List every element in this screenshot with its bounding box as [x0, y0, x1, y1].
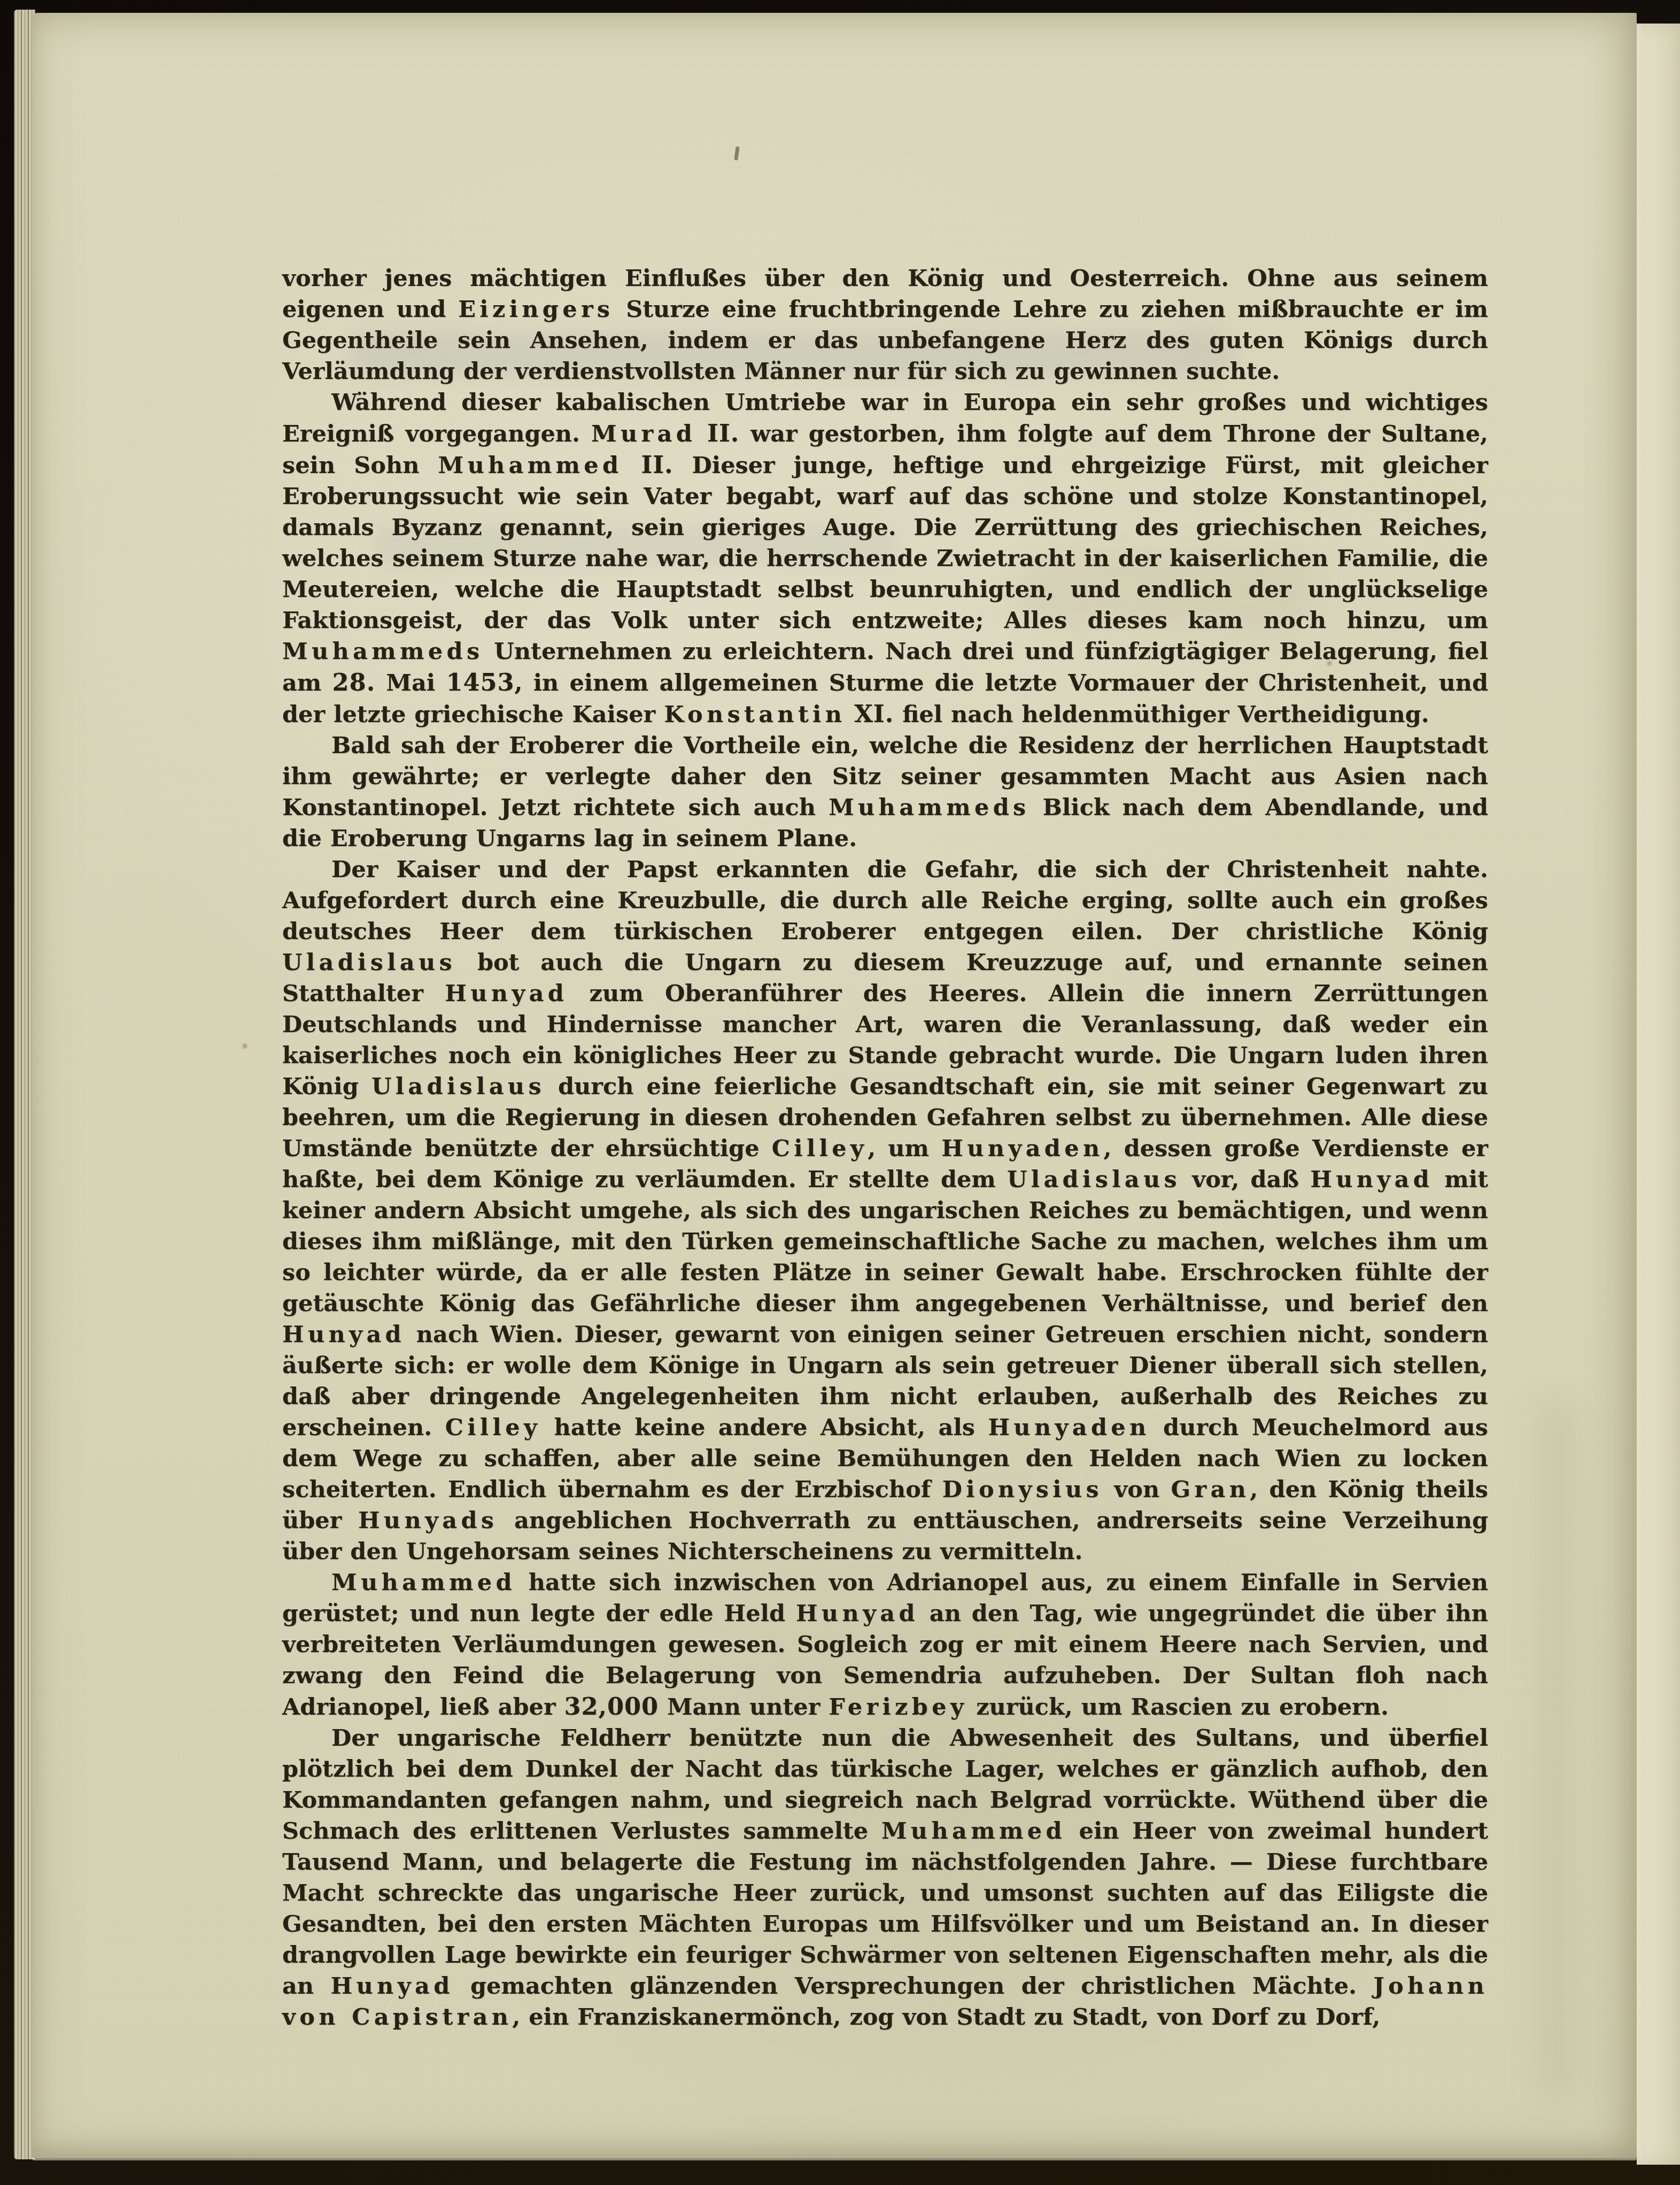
- letterspaced-name: Hunyad: [282, 1321, 405, 1348]
- letterspaced-name: Hunyad: [445, 980, 568, 1007]
- paragraph-2: Während dieser kabalischen Umtriebe war …: [282, 387, 1488, 730]
- letterspaced-name: Dionysius: [942, 1476, 1103, 1503]
- letterspaced-name: Johann von Capistran: [282, 1973, 1488, 2031]
- letterspaced-name: Hunyad: [1310, 1166, 1433, 1193]
- letterspaced-name: Ferizbey: [829, 1694, 967, 1721]
- adjacent-page-sliver: [1637, 24, 1680, 2165]
- letterspaced-name: Hunyaden: [941, 1135, 1103, 1162]
- paragraph-1: vorher jenes mächtigen Einflußes über de…: [282, 263, 1488, 387]
- letterspaced-name: Muhammeds: [282, 638, 483, 665]
- letterspaced-name: Hunyad: [331, 1973, 454, 2000]
- paragraph-5: Muhammed hatte sich inzwischen von Adria…: [282, 1567, 1488, 1723]
- letterspaced-name: Hunyad: [796, 1600, 919, 1627]
- letterspaced-name: Uladislaus: [1007, 1166, 1181, 1193]
- letterspaced-name: Gran: [1171, 1476, 1250, 1503]
- letterspaced-name: Konstantin: [664, 701, 846, 728]
- fold-shadow: [1539, 1403, 1577, 2097]
- antiqua-figure: XI.: [854, 700, 894, 728]
- book-page: vorher jenes mächtigen Einflußes über de…: [32, 13, 1637, 2158]
- letterspaced-name: Eizingers: [458, 296, 614, 323]
- letterspaced-name: Uladislaus: [282, 949, 456, 976]
- letterspaced-name: Muhammeds: [829, 794, 1029, 821]
- letterspaced-name: Muhammed: [331, 1569, 516, 1596]
- paper-speck: [734, 146, 740, 161]
- letterspaced-name: Uladislaus: [371, 1073, 545, 1100]
- paragraph-3: Bald sah der Eroberer die Vortheile ein,…: [282, 730, 1488, 854]
- letterspaced-name: Hunyaden: [988, 1414, 1150, 1441]
- letterspaced-name: Muhammed: [438, 452, 623, 479]
- paragraph-6: Der ungarische Feldherr benützte nun die…: [282, 1723, 1488, 2033]
- page-text-block: vorher jenes mächtigen Einflußes über de…: [282, 263, 1488, 2033]
- antiqua-figure: 1453: [446, 668, 514, 696]
- antiqua-figure: II.: [641, 451, 673, 479]
- antiqua-figure: 32,000: [564, 1692, 659, 1721]
- letterspaced-name: Hunyads: [358, 1507, 498, 1534]
- paragraph-4: Der Kaiser und der Papst erkannten die G…: [282, 854, 1488, 1567]
- antiqua-figure: II.: [707, 419, 739, 447]
- letterspaced-name: Murad: [591, 421, 696, 447]
- photo-background: vorher jenes mächtigen Einflußes über de…: [0, 0, 1680, 2185]
- letterspaced-name: Cilley: [445, 1414, 541, 1441]
- paper-speck: [242, 1042, 248, 1050]
- letterspaced-name: Cilley: [772, 1135, 868, 1162]
- antiqua-figure: 28.: [332, 668, 375, 696]
- letterspaced-name: Muhammed: [881, 1818, 1066, 1845]
